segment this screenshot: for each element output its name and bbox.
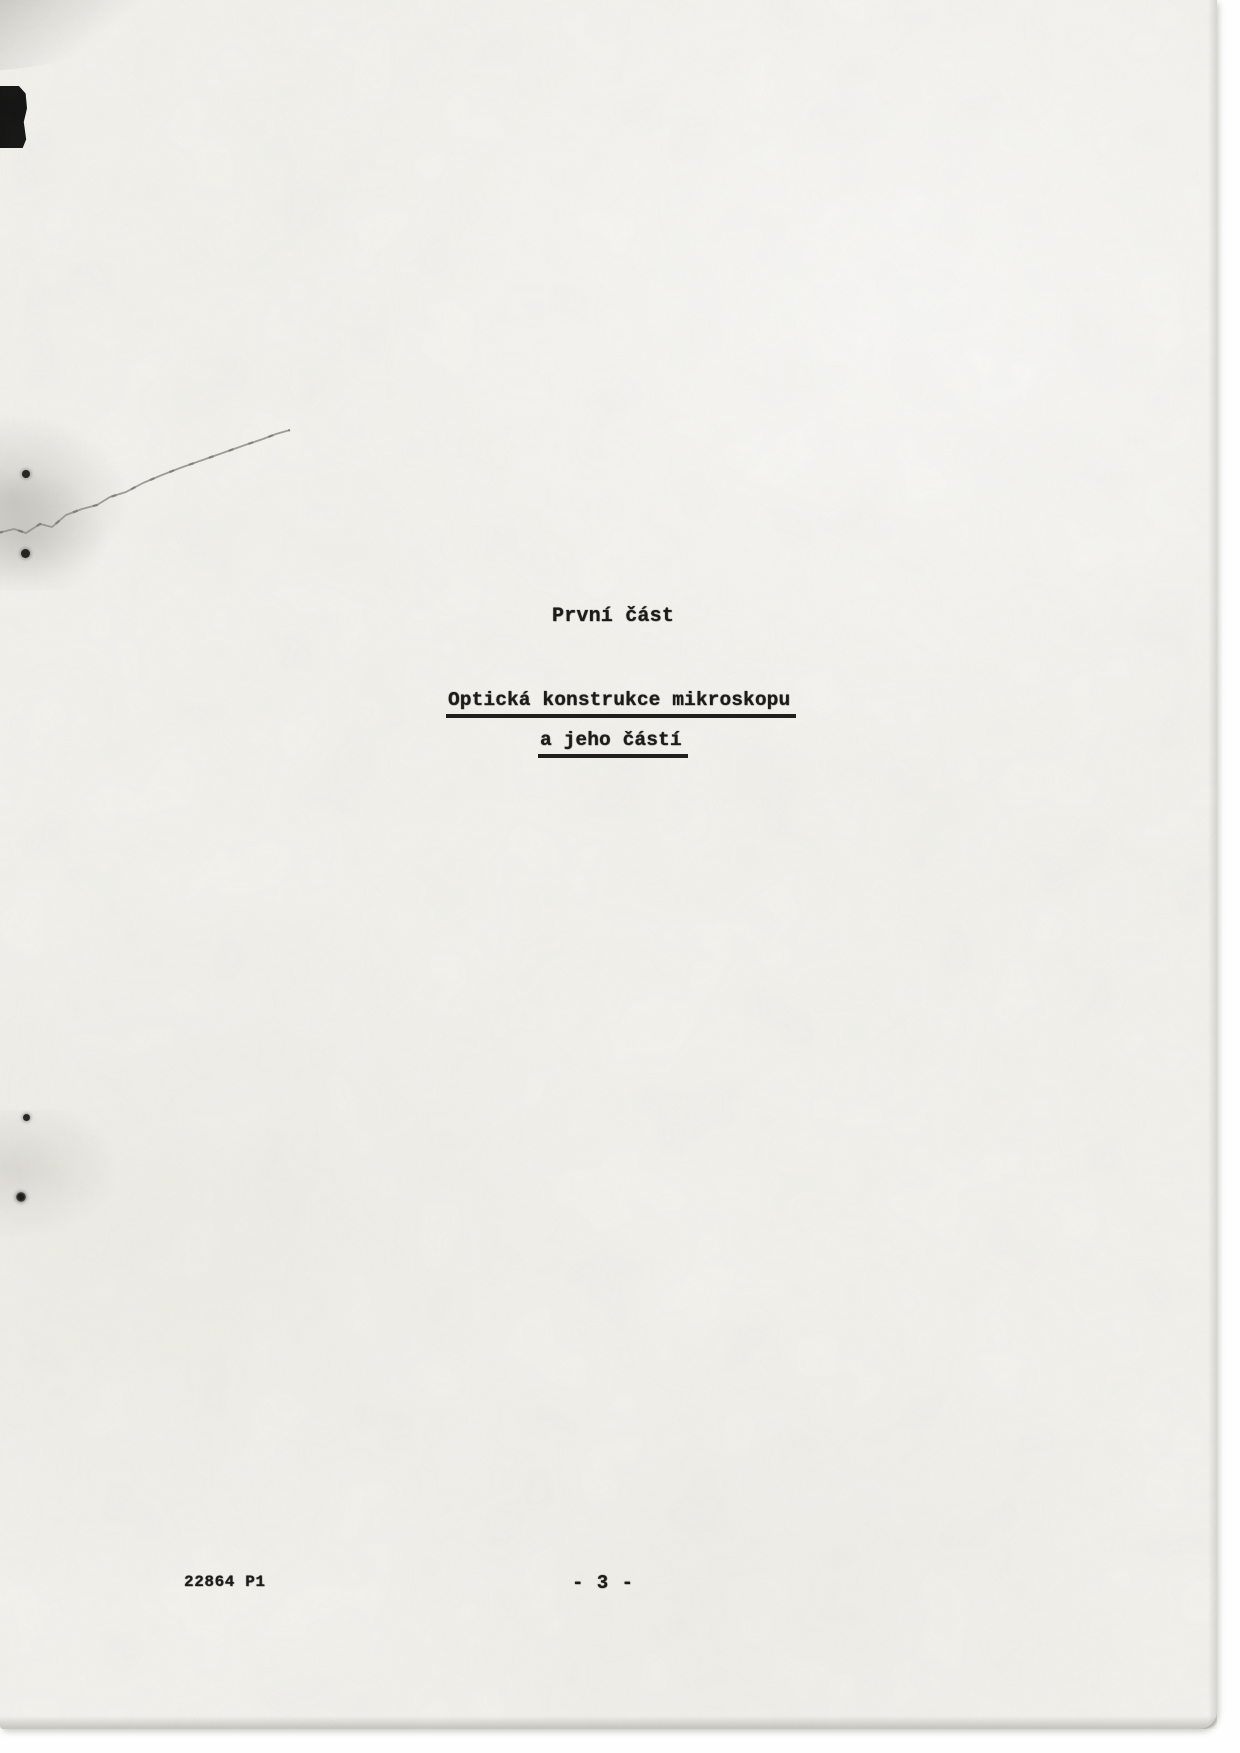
document-title-line1: Optická konstrukce mikroskopu	[448, 691, 796, 718]
scan-black-mark	[0, 86, 27, 148]
document-title-line2-text: a jeho částí	[538, 731, 688, 758]
paper-texture-and-tear	[0, 0, 1217, 1729]
print-code: 22864 P1	[184, 1574, 266, 1590]
crease-smudge-lower	[0, 1110, 120, 1240]
document-title-line1-text: Optická konstrukce mikroskopu	[446, 691, 796, 718]
crease-smudge-upper	[0, 415, 138, 590]
staple-hole	[23, 1114, 30, 1121]
page-curl-shadow	[0, 0, 187, 71]
document-title-line2: a jeho částí	[540, 731, 688, 758]
crease-smudge-upper-secondary	[0, 470, 108, 590]
page-number: - 3 -	[572, 1574, 634, 1593]
staple-hole	[16, 1192, 26, 1202]
paper-right-edge-shadow	[1208, 0, 1217, 1729]
section-heading: První část	[552, 607, 674, 627]
staple-hole	[21, 549, 30, 558]
document-page: První část Optická konstrukce mikroskopu…	[0, 0, 1217, 1729]
scanner-background: První část Optická konstrukce mikroskopu…	[0, 0, 1240, 1753]
paper-bottom-edge-shadow	[0, 1716, 1217, 1729]
staple-hole	[22, 470, 30, 478]
